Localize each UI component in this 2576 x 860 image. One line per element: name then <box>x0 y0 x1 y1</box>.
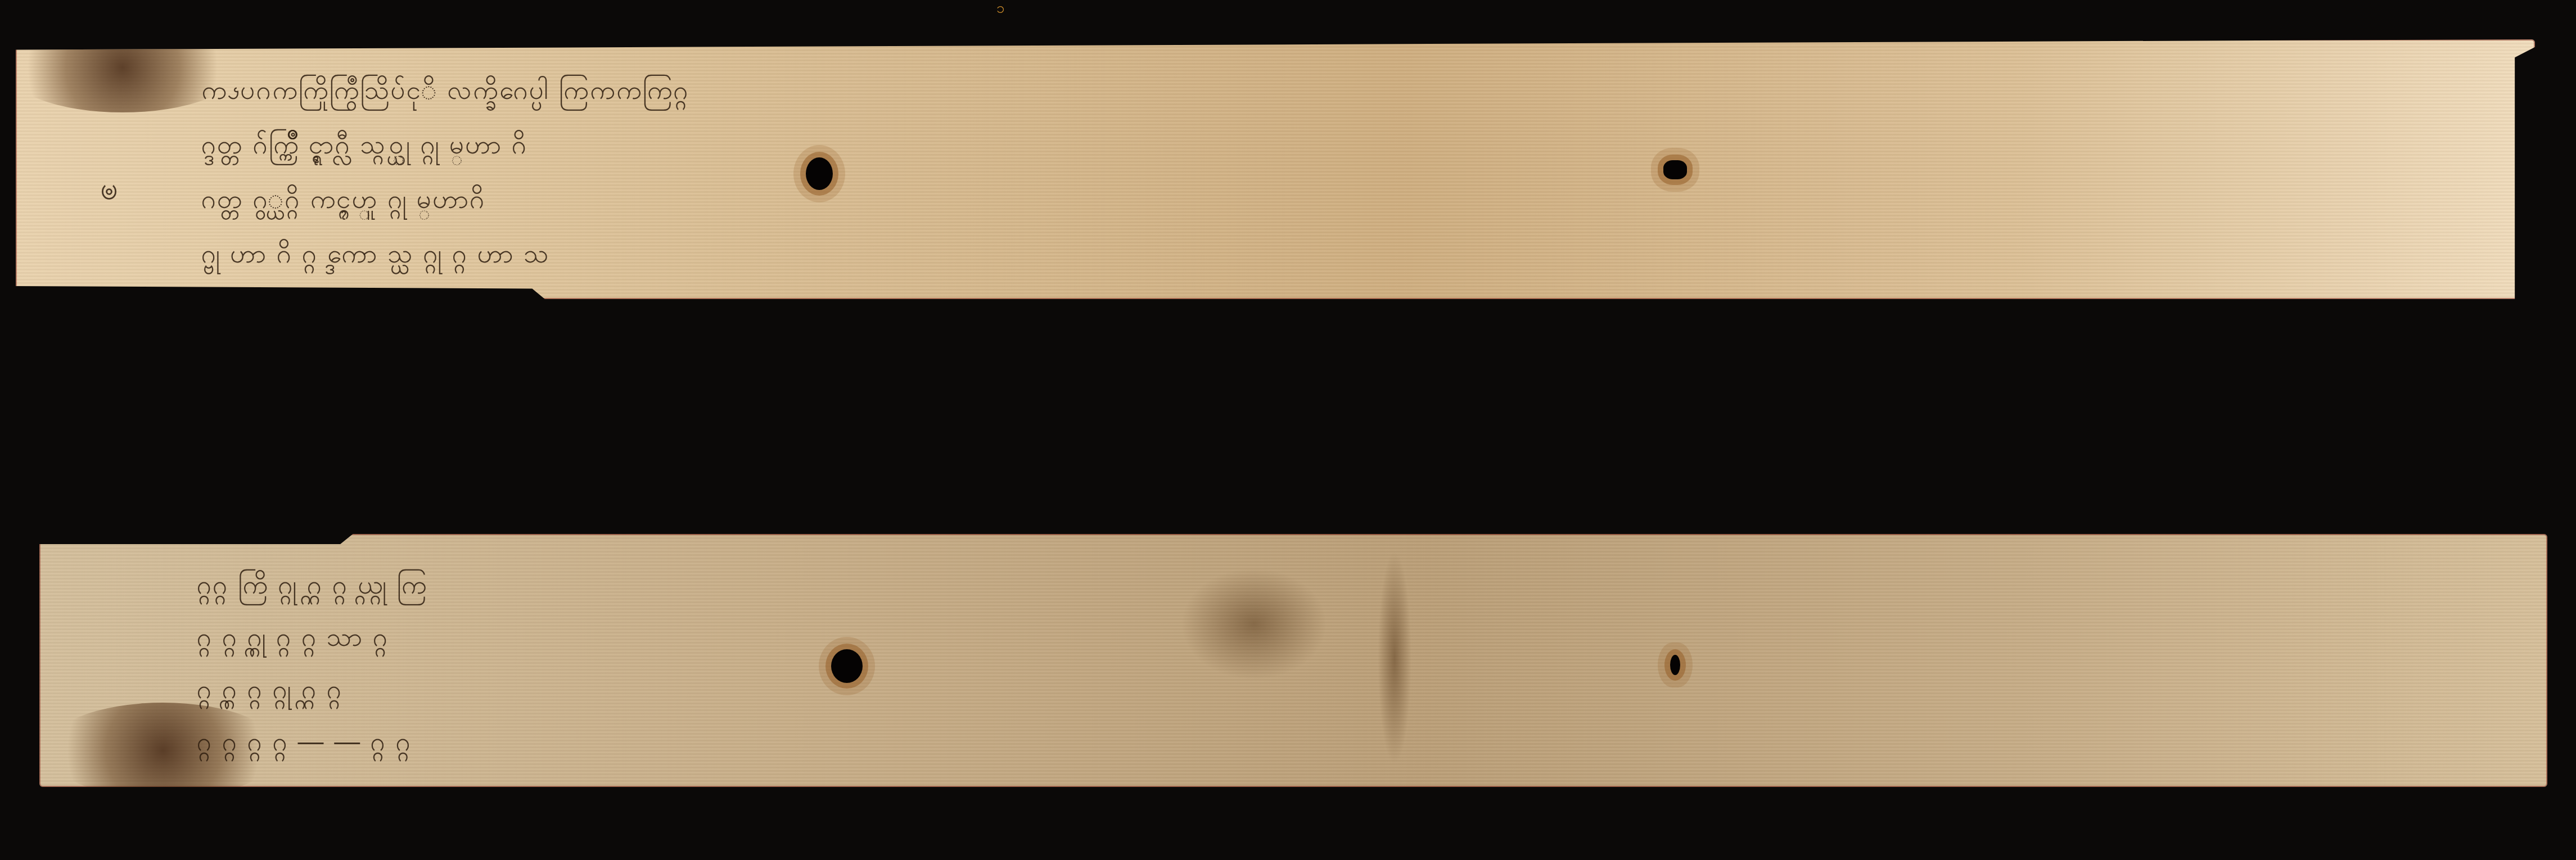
folio-number-mark: ၁ <box>996 1 1005 16</box>
script-line: ဂ္ဒတ္တ ဂ်က္ကြိဳ ၚ္ရာဂ္လီ သ္ဂ္ဝ္ယု ဂ္ဂု မ… <box>201 128 2411 167</box>
script-lines: ဂ္ဂဂ္ဂ ကြိ ဂ္ဂ္ဂု ဂ္ဂ ဂ္ဂ္ဂ ယ္ဂု ကြ ဂ္ဂ … <box>197 568 2424 764</box>
palm-leaf-top: ၑ ကၖပဂကကြိုကြွဳသြိပ်ငုိ လက္ခိဂေပ္ပါ ကြကက… <box>16 39 2535 299</box>
script-line: ဂ္ဂ္ဂ ဂ္ဂ ဂ္ဂ ဂ္ဂ္ဂု ဂ္ဂ ဂ္ဂ <box>197 673 2424 712</box>
script-line: ဂ္ဗု ဟာ ဂိ ဂ္ဂ္ဒ ကော သ္ယ ဂ္ဂု ဂ္ဂ ဟာ သ <box>201 237 2411 277</box>
script-line: ဂတ္တ ဂွ္ယဂ္ဂိ ကၚ္ဂ္ဟူ ဂ္ဂု မ္ဟာဂိ <box>201 183 2411 222</box>
script-line: ကၖပဂကကြိုကြွဳသြိပ်ငုိ လက္ခိဂေပ္ပါ ကြကကကြ… <box>201 73 2411 112</box>
script-lines: ကၖပဂကကြိုကြွဳသြိပ်ငုိ လက္ခိဂေပ္ပါ ကြကကကြ… <box>201 73 2411 277</box>
margin-page-glyph: ၑ <box>100 169 118 215</box>
script-line: ဂ္ဂ ဂ္ဂ ဂ္ဂ ဂ္ဂ ― ― ဂ္ဂ ဂ္ဂ <box>197 725 2424 764</box>
script-line: ဂ္ဂ ဂ္ဂ္ဂ ဂ္ဂု ဂ္ဂ ဂ္ဂ သာ ဂ္ဂ <box>197 620 2424 659</box>
script-line: ဂ္ဂဂ္ဂ ကြိ ဂ္ဂ္ဂု ဂ္ဂ ဂ္ဂ္ဂ ယ္ဂု ကြ <box>197 568 2424 607</box>
palm-leaf-bottom: ဂ္ဂဂ္ဂ ကြိ ဂ္ဂ္ဂု ဂ္ဂ ဂ္ဂ္ဂ ယ္ဂု ကြ ဂ္ဂ … <box>39 534 2547 787</box>
